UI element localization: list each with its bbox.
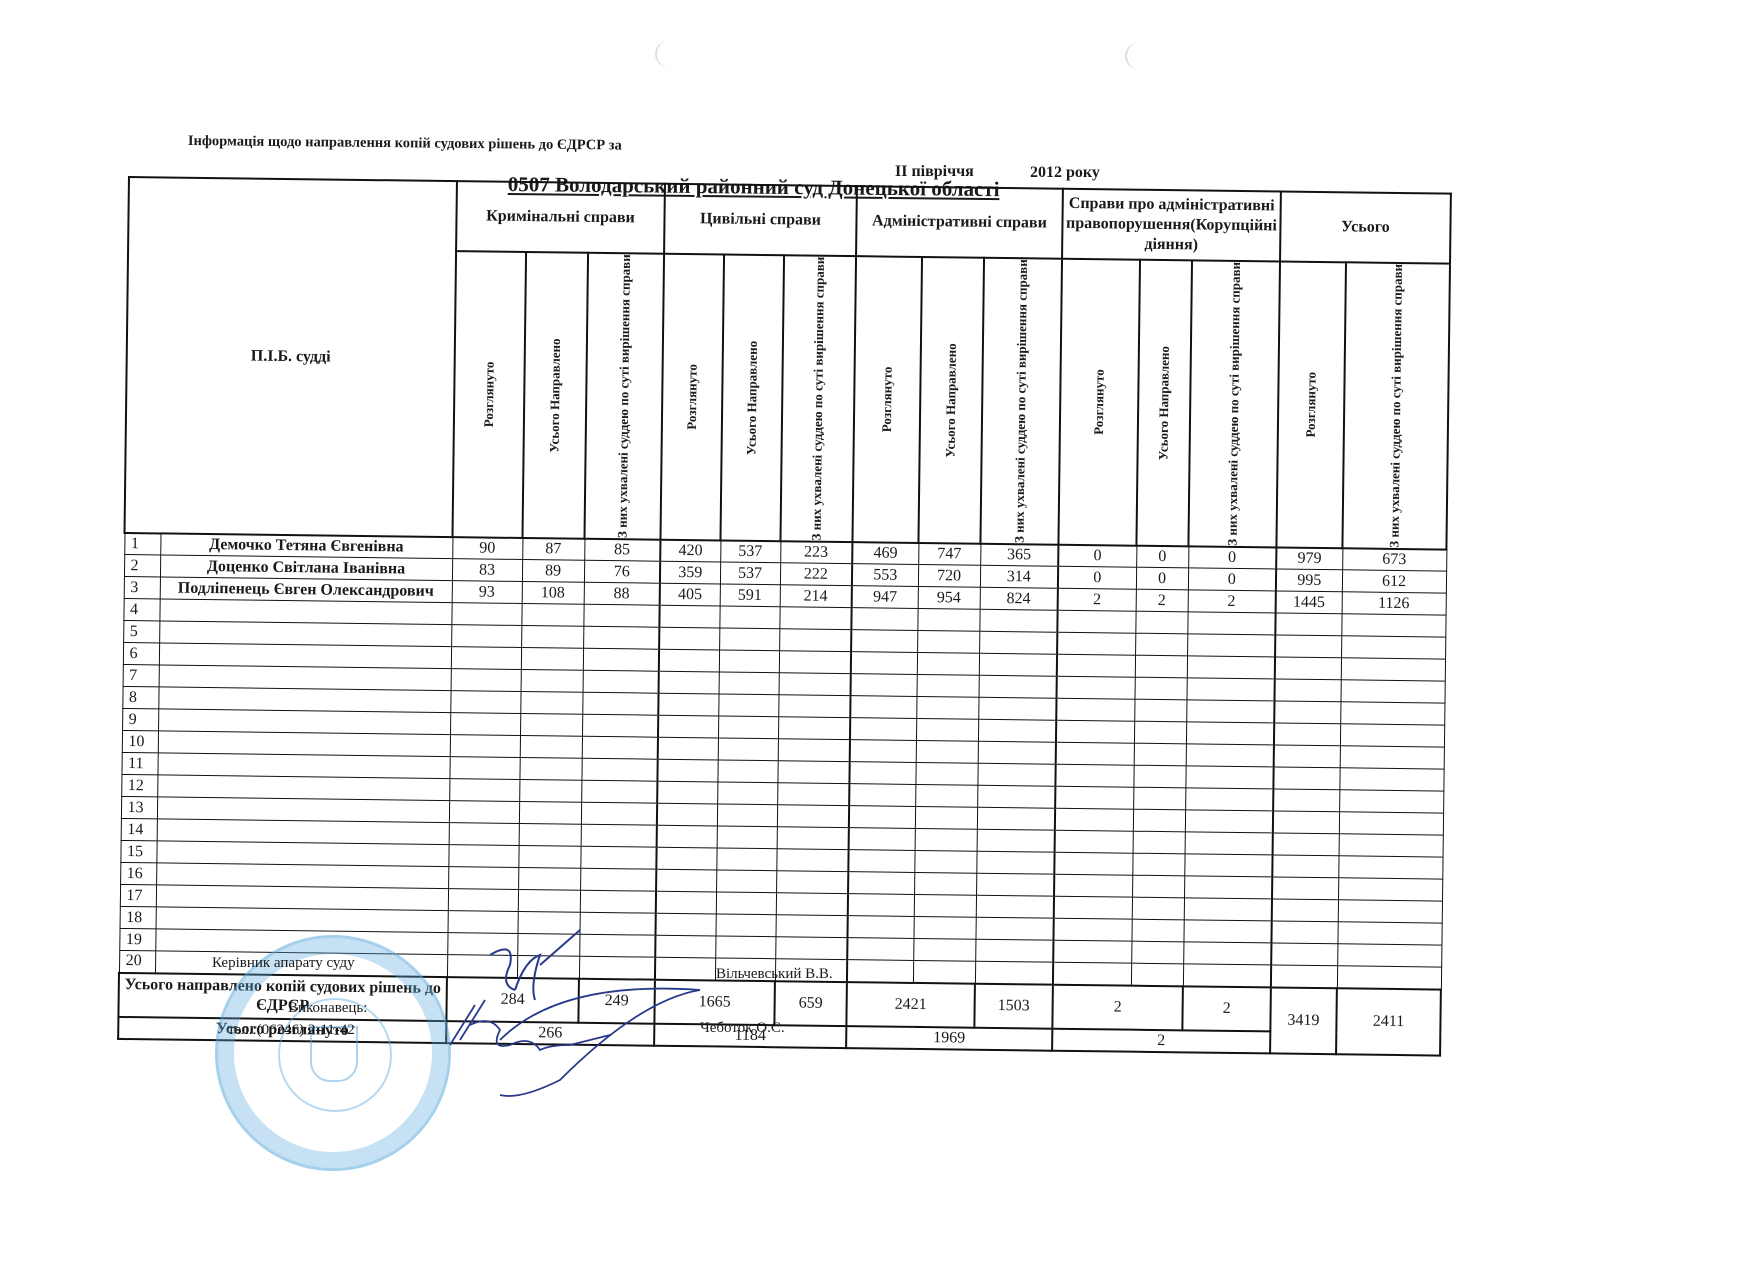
row-number: 13 [121,797,157,819]
value-cell [581,780,657,803]
value-cell [917,609,979,632]
value-cell [518,890,580,913]
value-cell: 89 [522,560,584,583]
value-cell [779,673,851,696]
value-cell [915,829,977,852]
value-cell [449,757,519,780]
value-cell: 223 [780,541,852,564]
value-cell [975,961,1053,984]
value-cell [851,652,917,675]
subheader-merits: З них ухвалені суддею по суті вирішення … [780,255,856,542]
value-cell [1339,834,1443,857]
value-cell [718,694,778,717]
value-cell: 222 [780,563,852,586]
row-number: 2 [124,555,160,577]
value-cell [977,763,1055,786]
value-cell [582,692,658,715]
subheader-sent: Усього Направлено [720,254,784,540]
civil-merits-total: 659 [774,981,847,1026]
value-cell [719,650,779,673]
value-cell [1341,614,1445,637]
value-cell [1186,744,1274,767]
subheader-merits: З них ухвалені суддею по суті вирішення … [584,253,664,540]
subheader-sent: Усього Направлено [522,252,588,538]
value-cell [979,653,1057,676]
value-cell [1053,918,1131,941]
value-cell [1339,790,1443,813]
subheader-considered: Розглянуто [452,251,526,538]
report-year: 2012 року [1030,164,1100,182]
value-cell [719,606,779,629]
value-cell [977,785,1055,808]
row-number: 17 [120,885,156,907]
row-number: 18 [120,907,156,929]
admin-considered-total: 1969 [846,1026,1052,1051]
value-cell [848,894,914,917]
value-cell [1185,766,1273,789]
value-cell [1135,655,1187,678]
value-cell [1131,919,1183,942]
value-cell [657,781,717,804]
value-cell [1057,610,1135,633]
value-cell: 2 [1188,590,1276,613]
value-cell [1184,898,1272,921]
value-cell [719,628,779,651]
value-cell: 420 [660,539,720,562]
row-number: 10 [122,731,158,753]
corruption-considered-total: 2 [1052,1028,1270,1053]
value-cell [850,696,916,719]
value-cell [451,625,521,648]
group-civil-header: Цивільні справи [664,184,857,256]
value-cell [913,961,975,984]
value-cell [718,738,778,761]
value-cell: 0 [1188,546,1276,569]
value-cell: 1126 [1342,592,1446,615]
value-cell [1275,635,1341,658]
value-cell [582,736,658,759]
value-cell [775,937,847,960]
value-cell [583,670,659,693]
value-cell [1056,720,1134,743]
value-cell [519,802,581,825]
value-cell [655,935,715,958]
value-cell [776,893,848,916]
value-cell: 214 [780,585,852,608]
value-cell [848,872,914,895]
value-cell [913,939,975,962]
value-cell [978,697,1056,720]
value-cell [777,761,849,784]
value-cell [1337,944,1441,967]
subheader-label: З них ухвалені суддею по суті вирішення … [1225,262,1244,546]
value-cell [1055,808,1133,831]
value-cell [1134,699,1186,722]
value-cell [583,648,659,671]
row-number: 19 [119,929,155,951]
value-cell [777,783,849,806]
subheader-label: Розглянуто [879,367,895,433]
head-of-staff-name: Вільчевський В.В. [716,966,833,983]
value-cell [977,829,1055,852]
value-cell [1184,876,1272,899]
value-cell [582,714,658,737]
value-cell [656,869,716,892]
value-cell [448,889,518,912]
group-header-row: П.І.Б. судді Кримінальні справи Цивільні… [128,177,1451,264]
value-cell [658,715,718,738]
value-cell [1340,746,1444,769]
subheader-label: Розглянуто [1303,372,1319,438]
value-cell [1135,677,1187,700]
value-cell [975,917,1053,940]
value-cell [1055,786,1133,809]
value-cell [659,649,719,672]
value-cell: 553 [852,564,918,587]
head-of-staff-label: Керівник апарату суду [212,955,355,972]
value-cell [657,759,717,782]
value-cell: 720 [918,565,980,588]
value-cell: 979 [1276,547,1342,570]
value-cell [779,607,851,630]
subheader-label: Розглянуто [684,364,700,430]
value-cell: 93 [452,581,522,604]
row-number: 16 [120,863,156,885]
subheader-label: Розглянуто [481,362,497,428]
value-cell [917,653,979,676]
executor-phone: тел.:(06246) 2-11-42 [228,1022,355,1039]
value-cell [914,873,976,896]
value-cell [851,608,917,631]
value-cell [519,780,581,803]
value-cell [777,805,849,828]
value-cell: 88 [584,582,660,605]
value-cell: 76 [584,560,660,583]
value-cell [583,604,659,627]
subheader-label: Усього Направлено [943,343,959,457]
value-cell [520,692,582,715]
value-cell [1339,768,1443,791]
value-cell [1135,633,1187,656]
value-cell [1187,634,1275,657]
value-cell [719,672,779,695]
value-cell [1275,657,1341,680]
value-cell [450,713,520,736]
value-cell [976,895,1054,918]
value-cell [1275,613,1341,636]
row-number: 20 [119,951,155,973]
value-cell [659,671,719,694]
value-cell [848,850,914,873]
value-cell [450,691,520,714]
value-cell [521,648,583,671]
value-cell [914,895,976,918]
value-cell [1340,724,1444,747]
row-number: 12 [121,775,157,797]
value-cell [777,827,849,850]
value-cell: 1445 [1276,591,1342,614]
value-cell: 314 [980,565,1058,588]
value-cell [1135,611,1187,634]
value-cell [850,740,916,763]
value-cell: 0 [1058,566,1136,589]
value-cell [520,714,582,737]
value-cell [659,605,719,628]
subheader-label: Усього Направлено [1156,346,1172,460]
value-cell [519,824,581,847]
value-cell [914,851,976,874]
value-cell [717,760,777,783]
value-cell [1054,896,1132,919]
value-cell [580,868,656,891]
value-cell [1187,656,1275,679]
value-cell: 0 [1136,567,1188,590]
document-title: Інформація щодо направлення копій судови… [188,133,622,155]
value-cell [915,785,977,808]
value-cell: 2 [1136,589,1188,612]
value-cell [656,847,716,870]
value-cell: 108 [522,582,584,605]
value-cell [1273,811,1339,834]
value-cell [521,626,583,649]
value-cell [1186,722,1274,745]
value-cell [1272,855,1338,878]
value-cell [521,604,583,627]
value-cell [1057,676,1135,699]
value-cell [779,629,851,652]
value-cell [915,763,977,786]
value-cell [1338,856,1442,879]
group-administrative-header: Адміністративні справи [856,186,1063,259]
subheader-label: З них ухвалені суддею по суті вирішення … [1012,259,1031,543]
value-cell [659,627,719,650]
executor-label: Виконавець: [288,1000,367,1017]
value-cell [849,784,915,807]
value-cell [1183,964,1271,987]
value-cell [1133,809,1185,832]
value-cell [451,647,521,670]
row-number: 4 [123,599,159,621]
subheader-considered: Розглянуто [660,254,724,540]
value-cell: 365 [980,543,1058,566]
value-cell [1273,789,1339,812]
value-cell: 469 [852,542,918,565]
punch-hole-mark [1125,42,1155,70]
group-total-header: Усього [1280,191,1451,263]
row-number: 3 [124,577,160,599]
value-cell: 995 [1276,569,1342,592]
value-cell [1134,743,1186,766]
value-cell [1132,853,1184,876]
value-cell [778,717,850,740]
subheader-considered: Розглянуто [852,256,922,543]
value-cell [1183,942,1271,965]
value-cell [913,917,975,940]
value-cell: 824 [980,587,1058,610]
value-cell [850,718,916,741]
value-cell [450,735,520,758]
row-number: 11 [121,753,157,775]
subheader-label: Усього Направлено [744,341,760,455]
value-cell [915,807,977,830]
corruption-merits-total: 2 [1182,986,1271,1031]
value-cell [978,719,1056,742]
value-cell [1185,832,1273,855]
value-cell [1271,921,1337,944]
value-cell [1339,812,1443,835]
value-cell [1271,965,1337,988]
value-cell [851,674,917,697]
subheader-considered: Розглянуто [1058,259,1140,546]
value-cell [715,936,775,959]
value-cell [448,845,518,868]
value-cell [976,851,1054,874]
signature-executor [440,985,710,1105]
grand-total-considered: 3419 [1270,987,1337,1054]
subheader-sent: Усього Направлено [1136,260,1192,546]
value-cell [1187,612,1275,635]
value-cell [449,823,519,846]
report-table: П.І.Б. судді Кримінальні справи Цивільні… [117,176,1452,1056]
value-cell [1134,721,1186,744]
value-cell [1337,966,1441,989]
value-cell [451,669,521,692]
value-cell [451,603,521,626]
value-cell [655,957,715,980]
value-cell [916,719,978,742]
value-cell [518,846,580,869]
value-cell [1341,658,1445,681]
value-cell [916,741,978,764]
subheader-label: Розглянуто [1091,369,1107,435]
value-cell [1054,874,1132,897]
value-cell [979,609,1057,632]
subheader-merits: З них ухвалені суддею по суті вирішення … [1188,260,1280,547]
value-cell [1133,765,1185,788]
value-cell [1054,852,1132,875]
value-cell [583,626,659,649]
value-cell [1131,963,1183,986]
value-cell [1132,897,1184,920]
subheader-sent: Усього Направлено [918,257,984,543]
row-number: 6 [123,643,159,665]
value-cell [580,890,656,913]
value-cell [978,741,1056,764]
value-cell [1340,680,1444,703]
value-cell [1133,831,1185,854]
value-cell [1338,878,1442,901]
value-cell [1185,810,1273,833]
value-cell [1186,700,1274,723]
row-number: 15 [120,841,156,863]
value-cell [1341,636,1445,659]
value-cell [449,779,519,802]
value-cell [448,867,518,890]
value-cell: 0 [1188,568,1276,591]
value-cell [917,631,979,654]
value-cell [1274,701,1340,724]
value-cell [657,825,717,848]
value-cell [849,806,915,829]
admin-sent-total: 2421 [846,982,975,1028]
group-corruption-header: Справи про адміністративні правопорушенн… [1062,189,1281,262]
value-cell: 2 [1058,588,1136,611]
value-cell [581,824,657,847]
value-cell [655,913,715,936]
subheader-considered: Розглянуто [1276,261,1346,548]
value-cell [717,804,777,827]
admin-merits-total: 1503 [974,983,1053,1028]
value-cell [1183,920,1271,943]
value-cell: 83 [452,559,522,582]
corruption-sent-total: 2 [1052,984,1183,1030]
value-cell: 954 [918,587,980,610]
value-cell: 359 [660,561,720,584]
value-cell: 85 [584,538,660,561]
value-cell: 0 [1058,544,1136,567]
value-cell: 537 [720,540,780,563]
row-number: 8 [122,687,158,709]
value-cell [776,871,848,894]
value-cell [1056,698,1134,721]
value-cell [716,870,776,893]
value-cell [658,737,718,760]
subheader-label: З них ухвалені суддею по суті вирішення … [615,254,634,538]
value-cell [1272,899,1338,922]
value-cell [716,892,776,915]
subheader-merits: З них ухвалені суддею по суті вирішення … [1342,262,1450,549]
value-cell [976,873,1054,896]
judge-name-header: П.І.Б. судді [125,177,457,537]
value-cell [1338,900,1442,923]
value-cell [1340,702,1444,725]
value-cell [658,693,718,716]
value-cell [917,675,979,698]
value-cell: 947 [852,586,918,609]
grand-total-merits: 2411 [1336,988,1441,1055]
value-cell [1132,875,1184,898]
row-number: 14 [121,819,157,841]
subheader-label: Усього Направлено [547,338,563,452]
value-cell [1337,922,1441,945]
value-cell [518,868,580,891]
value-cell [717,826,777,849]
value-cell [1185,788,1273,811]
value-cell: 612 [1342,570,1446,593]
value-cell [1057,632,1135,655]
value-cell [717,782,777,805]
subheader-merits: З них ухвалені суддею по суті вирішення … [980,258,1062,545]
value-cell [580,846,656,869]
value-cell [521,670,583,693]
value-cell [581,802,657,825]
value-cell: 90 [452,537,522,560]
value-cell [1274,745,1340,768]
value-cell [1055,830,1133,853]
value-cell [520,736,582,759]
value-cell: 591 [720,584,780,607]
value-cell [715,914,775,937]
row-number: 5 [123,621,159,643]
row-number: 7 [123,665,159,687]
value-cell [1056,742,1134,765]
value-cell [1274,723,1340,746]
value-cell [716,848,776,871]
value-cell: 0 [1136,545,1188,568]
value-cell [1053,962,1131,985]
value-cell [1186,678,1274,701]
value-cell [1271,943,1337,966]
